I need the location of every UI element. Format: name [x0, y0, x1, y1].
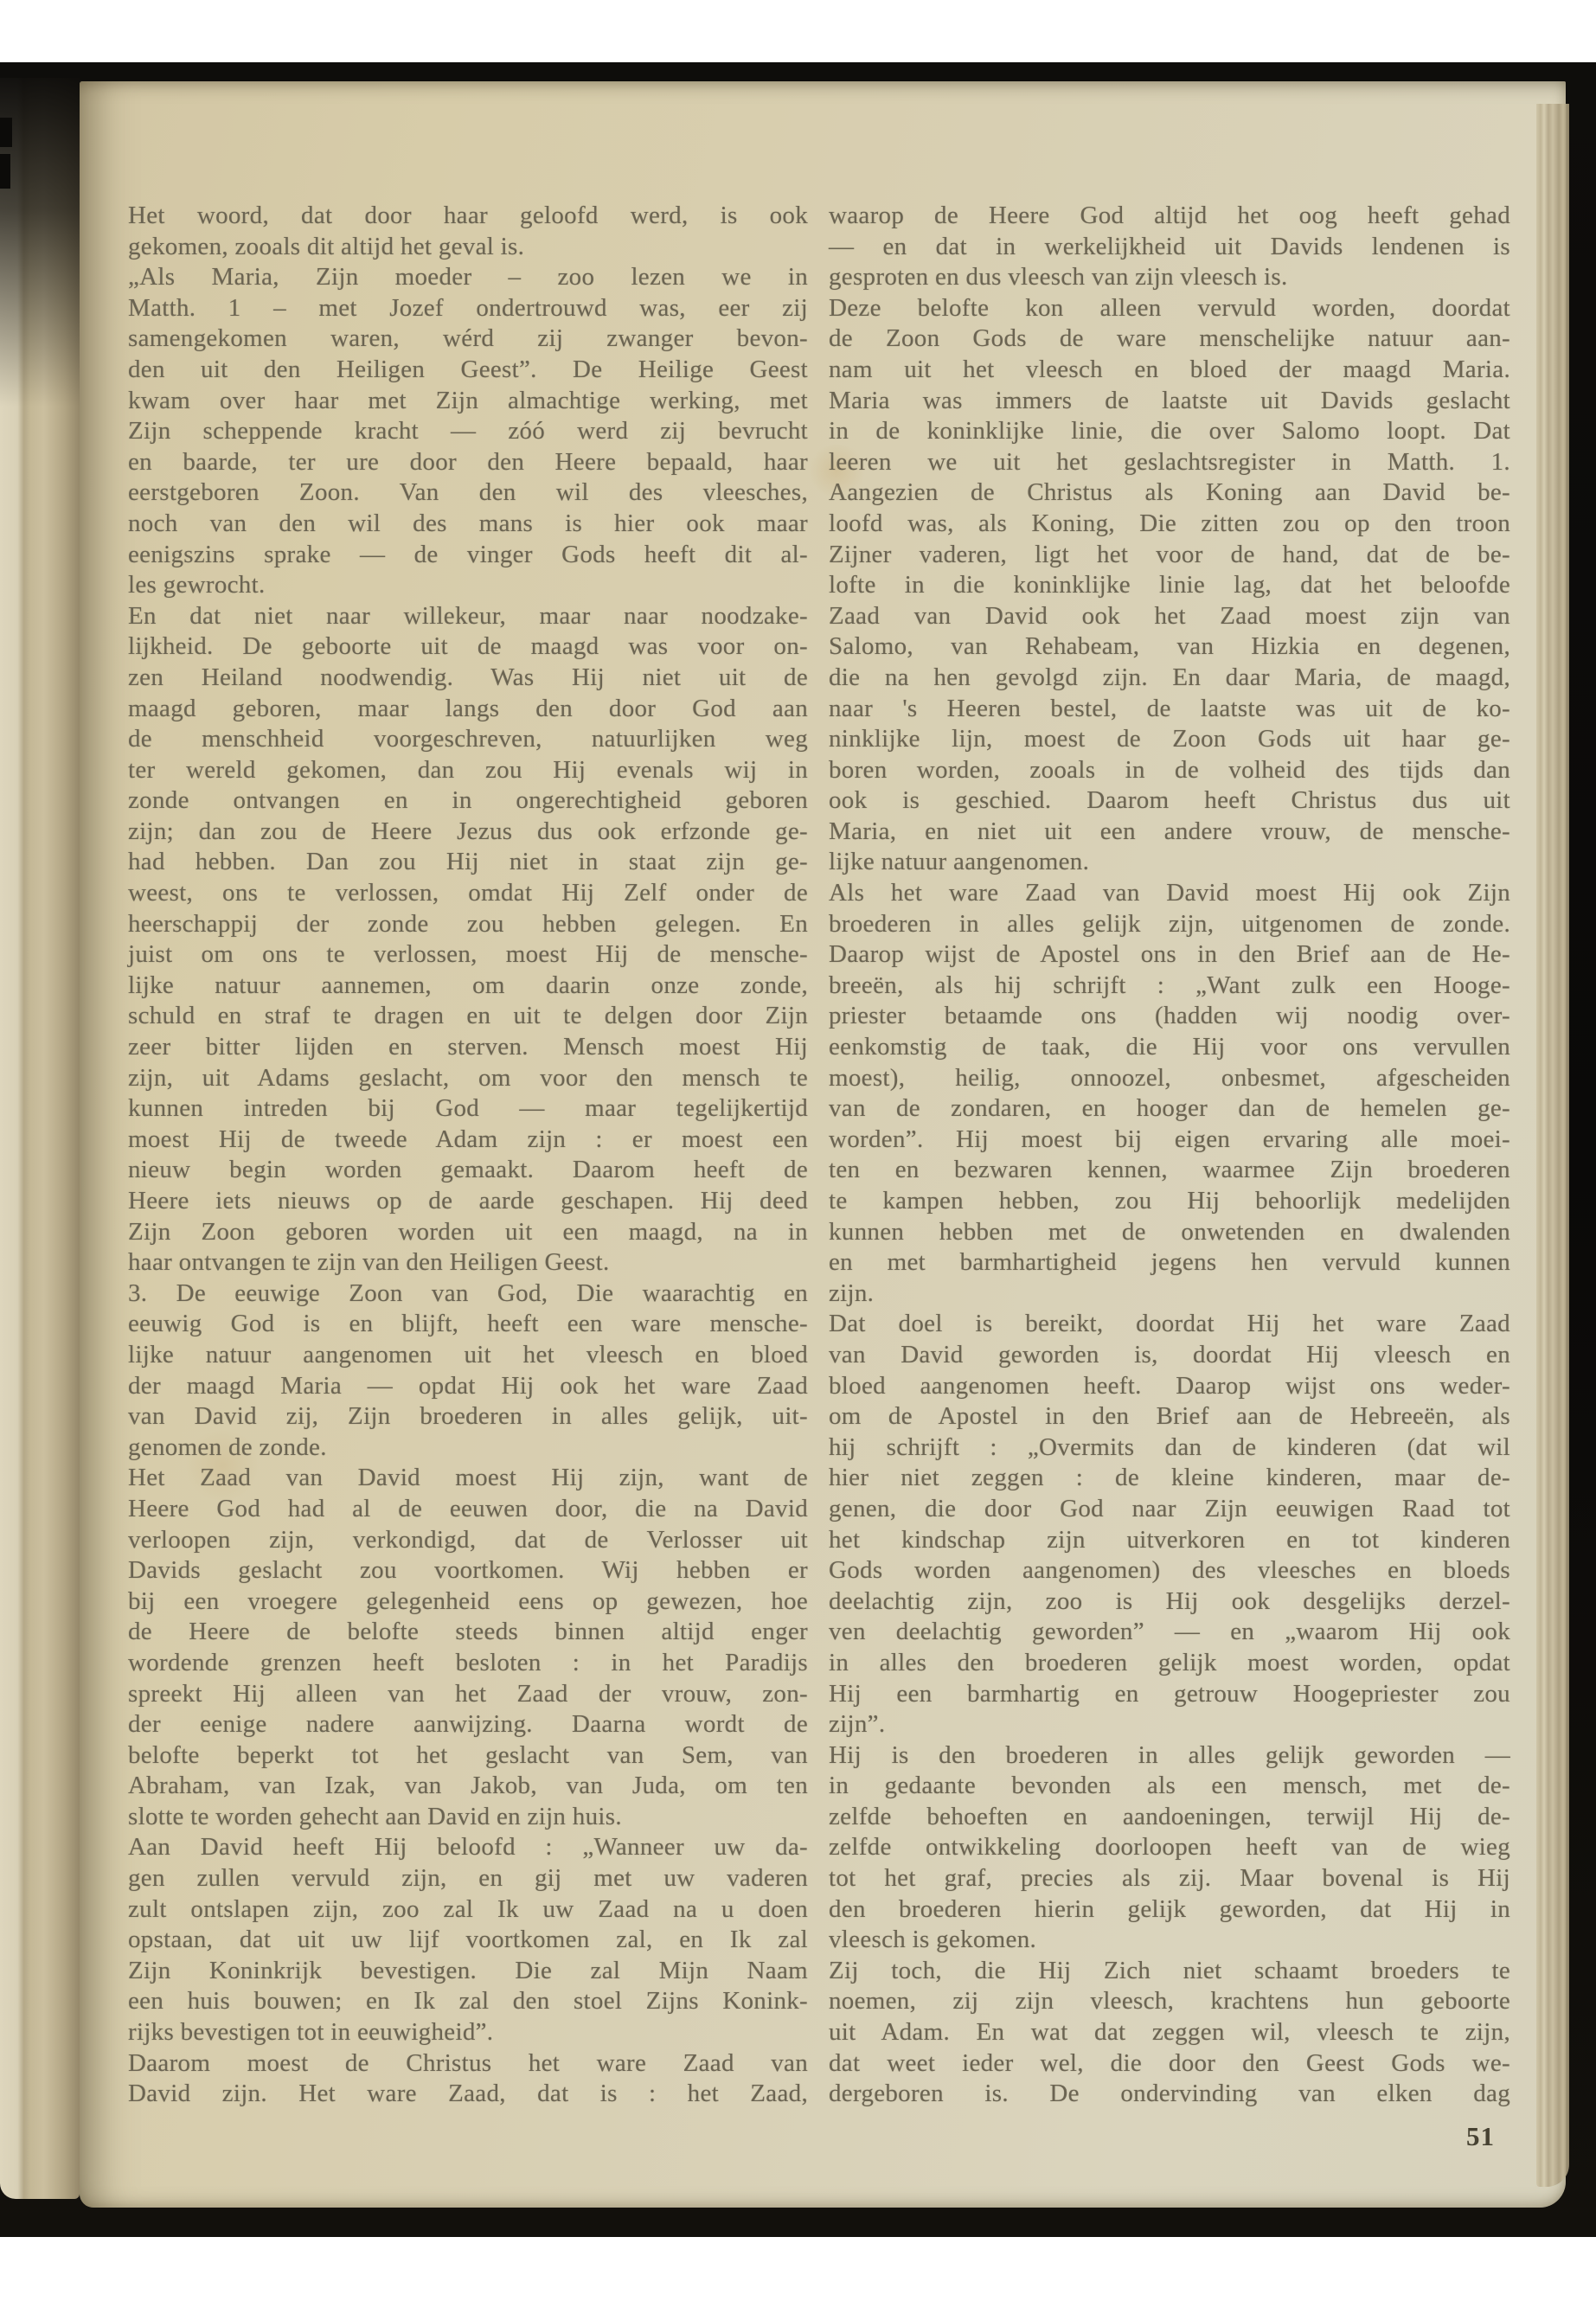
text-line: zijn. — [829, 1279, 1510, 1310]
text-line: bij een vroegere gelegenheid eens op gew… — [128, 1586, 808, 1618]
text-line: samengekomen waren, wérd zij zwanger bev… — [128, 324, 808, 355]
text-line: de Heere de belofte steeds binnen altijd… — [128, 1617, 808, 1648]
text-line: noch van den wil des mans is hier ook ma… — [128, 509, 808, 540]
text-line: Abraham, van Izak, van Jakob, van Juda, … — [128, 1771, 808, 1802]
text-line: En dat niet naar willekeur, maar naar no… — [128, 601, 808, 632]
text-line: ten en bezwaren kennen, waarmee Zijn bro… — [829, 1155, 1510, 1186]
spine-mark — [0, 154, 10, 189]
text-line: hier niet zeggen : de kleine kinderen, m… — [829, 1463, 1510, 1494]
text-line: eenkomstig de taak, die Hij voor ons ver… — [829, 1032, 1510, 1063]
text-line: naar 's Heeren bestel, de laatste was ui… — [829, 694, 1510, 725]
spine-mark — [0, 118, 12, 147]
text-line: zonde ontvangen en in ongerechtigheid ge… — [128, 785, 808, 817]
text-line: gen zullen vervuld zijn, en gij met uw v… — [128, 1863, 808, 1894]
text-line: moest Hij de tweede Adam zijn : er moest… — [128, 1125, 808, 1156]
text-line: eeuwig God is en blijft, heeft een ware … — [128, 1309, 808, 1340]
text-line: de menschheid voorgeschreven, natuurlijk… — [128, 724, 808, 755]
text-line: Daarop wijst de Apostel ons in den Brief… — [829, 939, 1510, 971]
text-line: schuld en straf te dragen en uit te delg… — [128, 1001, 808, 1032]
text-line: ven deelachtig geworden” — en „waarom Hi… — [829, 1617, 1510, 1648]
text-line: den uit den Heiligen Geest”. De Heilige … — [128, 355, 808, 386]
text-line: in alles den broederen gelijk moest word… — [829, 1648, 1510, 1679]
text-line: lijke natuur aangenomen uit het vleesch … — [128, 1340, 808, 1371]
text-line: Dat doel is bereikt, doordat Hij het war… — [829, 1309, 1510, 1340]
text-line: Matth. 1 – met Jozef ondertrouwd was, ee… — [128, 293, 808, 324]
text-line: hij schrijft : „Overmits dan de kinderen… — [829, 1433, 1510, 1464]
text-line: „Als Maria, Zijn moeder – zoo lezen we i… — [128, 262, 808, 293]
text-line: Maria was immers de laatste uit Davids g… — [829, 386, 1510, 417]
paragraph: „Als Maria, Zijn moeder – zoo lezen we i… — [128, 262, 808, 601]
text-line: genomen de zonde. — [128, 1433, 808, 1464]
text-line: zijn”. — [829, 1709, 1510, 1740]
text-line: Zaad van David ook het Zaad moest zijn v… — [829, 601, 1510, 632]
text-line: leeren we uit het geslachtsregister in M… — [829, 447, 1510, 478]
paragraph: Aan David heeft Hij beloofd : „Wanneer u… — [128, 1832, 808, 2048]
text-line: wordende grenzen heeft besloten : in het… — [128, 1648, 808, 1679]
text-line: haar ontvangen te zijn van den Heiligen … — [128, 1247, 808, 1279]
text-column-right: waarop de Heere God altijd het oog heeft… — [829, 201, 1510, 2110]
text-line: nieuw begin worden gemaakt. Daarom heeft… — [128, 1155, 808, 1186]
text-line: boren worden, zooals in de volheid des t… — [829, 755, 1510, 786]
text-line: die na hen gevolgd zijn. En daar Maria, … — [829, 663, 1510, 694]
text-line: juist om ons te verlossen, moest Hij de … — [128, 939, 808, 971]
text-line: 3. De eeuwige Zoon van God, Die waaracht… — [128, 1279, 808, 1310]
text-line: der eenige nadere aanwijzing. Daarna wor… — [128, 1709, 808, 1740]
text-line: zeer bitter lijden en sterven. Mensch mo… — [128, 1032, 808, 1063]
text-line: broederen in alles gelijk zijn, uitgenom… — [829, 909, 1510, 940]
paragraph: Deze belofte kon alleen vervuld worden, … — [829, 293, 1510, 878]
text-line: Davids geslacht zou voortkomen. Wij hebb… — [128, 1555, 808, 1586]
text-line: en baarde, ter ure door den Heere bepaal… — [128, 447, 808, 478]
text-line: ook is geschied. Daarom heeft Christus d… — [829, 785, 1510, 817]
page-number: 51 — [829, 2121, 1495, 2152]
text-line: Zijn Koninkrijk bevestigen. Die zal Mijn… — [128, 1956, 808, 1987]
text-line: zelfde ontwikkeling doorloopen heeft van… — [829, 1832, 1510, 1863]
page-stack-edges — [1536, 104, 1569, 2187]
text-line: Aan David heeft Hij beloofd : „Wanneer u… — [128, 1832, 808, 1863]
text-line: lijkheid. De geboorte uit de maagd was v… — [128, 631, 808, 663]
text-line: genen, die door God naar Zijn eeuwigen R… — [829, 1494, 1510, 1525]
text-line: Als het ware Zaad van David moest Hij oo… — [829, 878, 1510, 909]
text-line: het kindschap zijn uitverkoren en tot ki… — [829, 1525, 1510, 1556]
paragraph: Het Zaad van David moest Hij zijn, want … — [128, 1463, 808, 1832]
text-line: noemen, zij zijn vleesch, krachtens hun … — [829, 1986, 1510, 2017]
text-line: in gedaante bevonden als een mensch, met… — [829, 1771, 1510, 1802]
text-line: van de zondaren, en hooger dan de hemele… — [829, 1093, 1510, 1125]
paragraph: Hij is den broederen in alles gelijk gew… — [829, 1740, 1510, 1956]
text-line: worden”. Hij moest bij eigen ervaring al… — [829, 1125, 1510, 1156]
text-line: moest), heilig, onnoozel, onbesmet, afge… — [829, 1063, 1510, 1094]
text-line: Salomo, van Rehabeam, van Hizkia en dege… — [829, 631, 1510, 663]
text-line: spreekt Hij alleen van het Zaad der vrou… — [128, 1679, 808, 1710]
text-line: zijn, uit Adams geslacht, om voor den me… — [128, 1063, 808, 1094]
text-line: loofd was, als Koning, Die zitten zou op… — [829, 509, 1510, 540]
text-line: Het Zaad van David moest Hij zijn, want … — [128, 1463, 808, 1494]
text-line: Heere iets nieuws op de aarde geschapen.… — [128, 1186, 808, 1217]
text-line: gekomen, zooals dit altijd het geval is. — [128, 232, 808, 263]
text-line: Zijner vaderen, ligt het voor de hand, d… — [829, 540, 1510, 571]
text-line: ninklijke lijn, moest de Zoon Gods uit h… — [829, 724, 1510, 755]
text-line: breeën, als hij schrijft : „Want zulk ee… — [829, 971, 1510, 1002]
paragraph: Het woord, dat door haar geloofd werd, i… — [128, 201, 808, 262]
text-line: nam uit het vleesch en bloed der maagd M… — [829, 355, 1510, 386]
text-line: tot het graf, precies als zij. Maar bove… — [829, 1863, 1510, 1894]
text-line: Het woord, dat door haar geloofd werd, i… — [128, 201, 808, 232]
text-line: van David zij, Zijn broederen in alles g… — [128, 1401, 808, 1433]
text-line: deelachtig zijn, zoo is Hij ook desgelij… — [829, 1586, 1510, 1618]
text-line: der maagd Maria — opdat Hij ook het ware… — [128, 1371, 808, 1402]
text-line: weest, ons te verlossen, omdat Hij Zelf … — [128, 878, 808, 909]
text-line: zelfde behoeften en aandoeningen, terwij… — [829, 1802, 1510, 1833]
text-line: opstaan, dat uit uw lijf voortkomen zal,… — [128, 1925, 808, 1956]
text-line: slotte te worden gehecht aan David en zi… — [128, 1802, 808, 1833]
text-line: rijks bevestigen tot in eeuwigheid”. — [128, 2017, 808, 2048]
screenshot-root: { "page": { "number": "51", "columns": {… — [0, 0, 1596, 2301]
text-line: kunnen intreden bij God — maar tegelijke… — [128, 1093, 808, 1125]
text-line: verloopen zijn, verkondigd, dat de Verlo… — [128, 1525, 808, 1556]
text-line: had hebben. Dan zou Hij niet in staat zi… — [128, 847, 808, 878]
text-line: Zij toch, die Hij Zich niet schaamt broe… — [829, 1956, 1510, 1987]
text-line: belofte beperkt tot het geslacht van Sem… — [128, 1740, 808, 1772]
text-line: Daarom moest de Christus het ware Zaad v… — [128, 2048, 808, 2080]
text-line: Gods worden aangenomen) des vleesches en… — [829, 1555, 1510, 1586]
text-line: Hij een barmhartig en getrouw Hoogepries… — [829, 1679, 1510, 1710]
text-line: dergeboren is. De ondervinding van elken… — [829, 2079, 1510, 2110]
text-line: maagd geboren, maar langs den door God a… — [128, 694, 808, 725]
text-line: zijn; dan zou de Heere Jezus dus ook erf… — [128, 817, 808, 848]
text-line: de Zoon Gods de ware menschelijke natuur… — [829, 324, 1510, 355]
text-line: een huis bouwen; en Ik zal den stoel Zij… — [128, 1986, 808, 2017]
text-line: kwam over haar met Zijn almachtige werki… — [128, 386, 808, 417]
text-line: les gewrocht. — [128, 570, 808, 601]
text-line: Heere God had al de eeuwen door, die na … — [128, 1494, 808, 1525]
text-line: den broederen hierin gelijk geworden, da… — [829, 1894, 1510, 1926]
text-line: lofte in die koninklijke linie lag, dat … — [829, 570, 1510, 601]
text-line: te kampen hebben, zou Hij behoorlijk med… — [829, 1186, 1510, 1217]
text-line: en met barmhartigheid jegens hen vervuld… — [829, 1247, 1510, 1279]
text-line: Zijn scheppende kracht — zóó werd zij be… — [128, 416, 808, 447]
text-line: in de koninklijke linie, die over Salomo… — [829, 416, 1510, 447]
text-line: bloed aangenomen heeft. Daarop wijst ons… — [829, 1371, 1510, 1402]
text-line: heerschappij der zonde zou hebben gelege… — [128, 909, 808, 940]
paragraph: En dat niet naar willekeur, maar naar no… — [128, 601, 808, 1279]
text-line: Deze belofte kon alleen vervuld worden, … — [829, 293, 1510, 324]
text-line: vleesch is gekomen. — [829, 1925, 1510, 1956]
text-line: priester betaamde ons (hadden wij noodig… — [829, 1001, 1510, 1032]
text-line: Maria, en niet uit een andere vrouw, de … — [829, 817, 1510, 848]
paragraph: Zij toch, die Hij Zich niet schaamt broe… — [829, 1956, 1510, 2110]
text-line: zult ontslapen zijn, zoo zal Ik uw Zaad … — [128, 1894, 808, 1926]
text-column-left: Het woord, dat door haar geloofd werd, i… — [128, 201, 808, 2110]
text-line: uit Adam. En wat dat zeggen wil, vleesch… — [829, 2017, 1510, 2048]
text-line: Zijn Zoon geboren worden uit een maagd, … — [128, 1217, 808, 1248]
text-line: Hij is den broederen in alles gelijk gew… — [829, 1740, 1510, 1772]
text-line: om de Apostel in den Brief aan de Hebree… — [829, 1401, 1510, 1433]
text-line: lijke natuur aannemen, om daarin onze zo… — [128, 971, 808, 1002]
text-line: zen Heiland noodwendig. Was Hij niet uit… — [128, 663, 808, 694]
text-line: — en dat in werkelijkheid uit Davids len… — [829, 232, 1510, 263]
text-line: waarop de Heere God altijd het oog heeft… — [829, 201, 1510, 232]
paragraph: Daarom moest de Christus het ware Zaad v… — [128, 2048, 808, 2110]
text-line: dat weet ieder wel, die door den Geest G… — [829, 2048, 1510, 2080]
paragraph: Dat doel is bereikt, doordat Hij het war… — [829, 1309, 1510, 1740]
text-line: ter wereld gekomen, dan zou Hij evenals … — [128, 755, 808, 786]
paragraph: Als het ware Zaad van David moest Hij oo… — [829, 878, 1510, 1309]
paragraph: waarop de Heere God altijd het oog heeft… — [829, 201, 1510, 293]
text-line: gesproten en dus vleesch van zijn vleesc… — [829, 262, 1510, 293]
text-line: eerstgeboren Zoon. Van den wil des vlees… — [128, 478, 808, 509]
paragraph: 3. De eeuwige Zoon van God, Die waaracht… — [128, 1279, 808, 1464]
text-line: David zijn. Het ware Zaad, dat is : het … — [128, 2079, 808, 2110]
text-line: Aangezien de Christus als Koning aan Dav… — [829, 478, 1510, 509]
text-line: lijke natuur aangenomen. — [829, 847, 1510, 878]
text-line: van David geworden is, doordat Hij vlees… — [829, 1340, 1510, 1371]
text-line: kunnen hebben met de onwetenden en dwale… — [829, 1217, 1510, 1248]
text-line: eenigszins sprake — de vinger Gods heeft… — [128, 540, 808, 571]
